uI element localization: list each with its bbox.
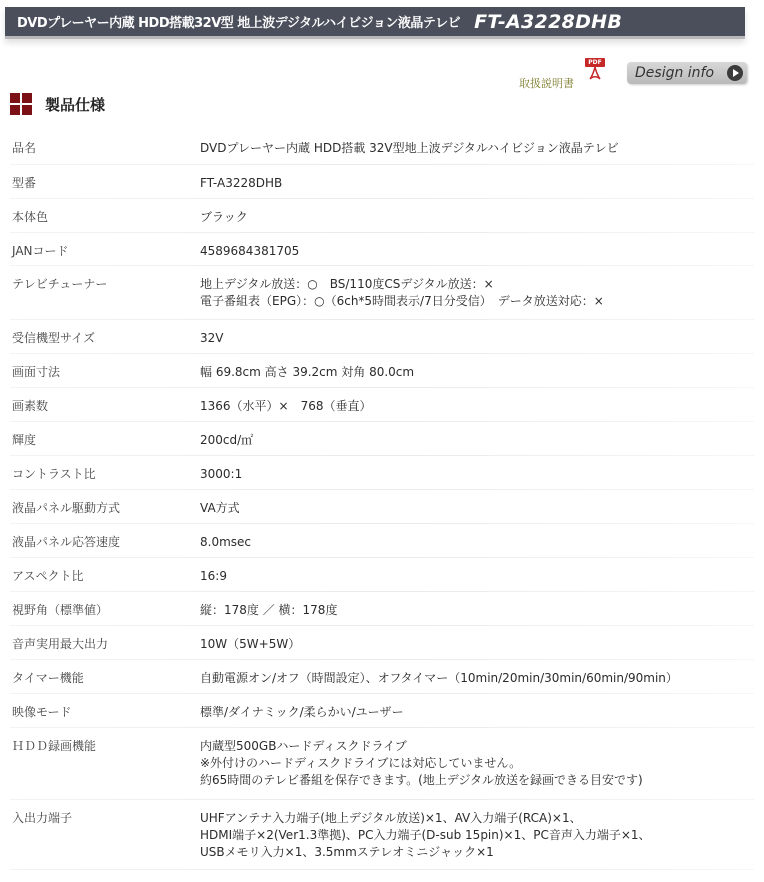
product-model: FT-A3228DHB bbox=[474, 11, 622, 33]
pdf-icon[interactable]: PDF bbox=[583, 58, 607, 84]
spec-value: 地上デジタル放送：○ BS/110度CSデジタル放送：×電子番組表（EPG）：○… bbox=[200, 276, 764, 320]
acrobat-icon bbox=[589, 67, 601, 81]
spec-label: 入出力端子 bbox=[0, 810, 200, 870]
spec-value-line: 縦：178度 ／ 横：178度 bbox=[200, 602, 764, 619]
manual-link[interactable]: 取扱説明書 bbox=[519, 75, 574, 91]
spec-row: テレビチューナー地上デジタル放送：○ BS/110度CSデジタル放送：×電子番組… bbox=[0, 266, 764, 320]
spec-value: UHFアンテナ入力端子(地上デジタル放送)×1、AV入力端子(RCA)×1、HD… bbox=[200, 810, 764, 870]
spec-value: 3000:1 bbox=[200, 466, 764, 490]
spec-value-line: VA方式 bbox=[200, 500, 764, 517]
spec-value: DVDプレーヤー内蔵 HDD搭載 32V型地上波デジタルハイビジョン液晶テレビ bbox=[200, 140, 764, 165]
spec-value: 8.0msec bbox=[200, 534, 764, 558]
spec-row: 型番FT-A3228DHB bbox=[0, 165, 764, 199]
spec-value-line: 32V bbox=[200, 330, 764, 347]
spec-label: 画面寸法 bbox=[0, 364, 200, 388]
spec-value-line: ※外付けのハードディスクドライブには対応していません。 bbox=[200, 755, 764, 772]
spec-row: 視野角（標準値）縦：178度 ／ 横：178度 bbox=[0, 592, 764, 626]
section-title: 製品仕様 bbox=[45, 94, 105, 115]
title-bar: DVDプレーヤー内蔵 HDD搭載32V型 地上波デジタルハイビジョン液晶テレビ … bbox=[5, 7, 745, 39]
spec-label: 液晶パネル駆動方式 bbox=[0, 500, 200, 524]
spec-row: 画面寸法幅 69.8cm 高さ 39.2cm 対角 80.0cm bbox=[0, 354, 764, 388]
spec-value: 内蔵型500GBハードディスクドライブ※外付けのハードディスクドライブには対応し… bbox=[200, 738, 764, 800]
spec-label: 受信機型サイズ bbox=[0, 330, 200, 354]
spec-value-line: 3000:1 bbox=[200, 466, 764, 483]
spec-label: 品名 bbox=[0, 140, 200, 165]
section-header: 製品仕様 bbox=[10, 93, 105, 115]
spec-value: 標準/ダイナミック/柔らかい/ユーザー bbox=[200, 704, 764, 728]
spec-row: 音声実用最大出力10W（5W+5W） bbox=[0, 626, 764, 660]
spec-value-line: 10W（5W+5W） bbox=[200, 636, 764, 653]
spec-label: 輝度 bbox=[0, 432, 200, 456]
spec-value-line: DVDプレーヤー内蔵 HDD搭載 32V型地上波デジタルハイビジョン液晶テレビ bbox=[200, 140, 764, 157]
spec-row: ＨＤＤ録画機能内蔵型500GBハードディスクドライブ※外付けのハードディスクドラ… bbox=[0, 728, 764, 800]
spec-value: 縦：178度 ／ 横：178度 bbox=[200, 602, 764, 626]
spec-label: JANコード bbox=[0, 243, 200, 266]
spec-row: タイマー機能自動電源オン/オフ（時間設定）、オフタイマー（10min/20min… bbox=[0, 660, 764, 694]
spec-value-line: 標準/ダイナミック/柔らかい/ユーザー bbox=[200, 704, 764, 721]
spec-value: 自動電源オン/オフ（時間設定）、オフタイマー（10min/20min/30min… bbox=[200, 670, 764, 694]
spec-label: 型番 bbox=[0, 175, 200, 199]
spec-value-line: 1366（水平）× 768（垂直） bbox=[200, 398, 764, 415]
spec-row: 受信機型サイズ32V bbox=[0, 320, 764, 354]
spec-value: 幅 69.8cm 高さ 39.2cm 対角 80.0cm bbox=[200, 364, 764, 388]
spec-value: FT-A3228DHB bbox=[200, 175, 764, 199]
spec-value-line: 幅 69.8cm 高さ 39.2cm 対角 80.0cm bbox=[200, 364, 764, 381]
spec-value-line: 8.0msec bbox=[200, 534, 764, 551]
spec-value-line: 内蔵型500GBハードディスクドライブ bbox=[200, 738, 764, 755]
spec-row: 輝度200cd/㎡ bbox=[0, 422, 764, 456]
spec-row: 本体色ブラック bbox=[0, 199, 764, 233]
spec-label: ＨＤＤ録画機能 bbox=[0, 738, 200, 800]
spec-label: 液晶パネル応答速度 bbox=[0, 534, 200, 558]
product-title: DVDプレーヤー内蔵 HDD搭載32V型 地上波デジタルハイビジョン液晶テレビ bbox=[17, 12, 460, 31]
spec-row: 品名DVDプレーヤー内蔵 HDD搭載 32V型地上波デジタルハイビジョン液晶テレ… bbox=[0, 130, 764, 165]
spec-label: テレビチューナー bbox=[0, 276, 200, 320]
spec-value: 200cd/㎡ bbox=[200, 432, 764, 456]
spec-table: 品名DVDプレーヤー内蔵 HDD搭載 32V型地上波デジタルハイビジョン液晶テレ… bbox=[0, 130, 764, 870]
spec-label: 視野角（標準値） bbox=[0, 602, 200, 626]
spec-value-line: HDMI端子×2(Ver1.3準拠)、PC入力端子(D-sub 15pin)×1… bbox=[200, 827, 764, 844]
spec-value-line: FT-A3228DHB bbox=[200, 175, 764, 192]
spec-value-line: 16:9 bbox=[200, 568, 764, 585]
play-icon bbox=[727, 65, 743, 81]
spec-label: コントラスト比 bbox=[0, 466, 200, 490]
spec-value: 32V bbox=[200, 330, 764, 354]
spec-value-line: 4589684381705 bbox=[200, 243, 764, 260]
spec-row: 液晶パネル駆動方式VA方式 bbox=[0, 490, 764, 524]
design-info-label: Design info bbox=[635, 65, 714, 81]
grid-icon bbox=[10, 93, 32, 115]
spec-label: 画素数 bbox=[0, 398, 200, 422]
spec-value: 16:9 bbox=[200, 568, 764, 592]
spec-value: 10W（5W+5W） bbox=[200, 636, 764, 660]
spec-value-line: 約65時間のテレビ番組を保存できます。(地上デジタル放送を録画できる目安です) bbox=[200, 772, 764, 789]
spec-row: コントラスト比3000:1 bbox=[0, 456, 764, 490]
spec-value: VA方式 bbox=[200, 500, 764, 524]
spec-label: 映像モード bbox=[0, 704, 200, 728]
spec-label: 本体色 bbox=[0, 209, 200, 233]
design-info-button[interactable]: Design info bbox=[627, 62, 747, 84]
spec-value: 1366（水平）× 768（垂直） bbox=[200, 398, 764, 422]
spec-label: タイマー機能 bbox=[0, 670, 200, 694]
pdf-tag: PDF bbox=[585, 58, 605, 67]
spec-value-line: ブラック bbox=[200, 209, 764, 226]
spec-label: 音声実用最大出力 bbox=[0, 636, 200, 660]
spec-row: 入出力端子UHFアンテナ入力端子(地上デジタル放送)×1、AV入力端子(RCA)… bbox=[0, 800, 764, 870]
spec-row: JANコード4589684381705 bbox=[0, 233, 764, 266]
spec-row: 画素数1366（水平）× 768（垂直） bbox=[0, 388, 764, 422]
spec-value-line: 地上デジタル放送：○ BS/110度CSデジタル放送：× bbox=[200, 276, 764, 293]
spec-value: ブラック bbox=[200, 209, 764, 233]
spec-value-line: UHFアンテナ入力端子(地上デジタル放送)×1、AV入力端子(RCA)×1、 bbox=[200, 810, 764, 827]
spec-row: 液晶パネル応答速度8.0msec bbox=[0, 524, 764, 558]
spec-value: 4589684381705 bbox=[200, 243, 764, 266]
spec-row: アスペクト比16:9 bbox=[0, 558, 764, 592]
spec-value-line: 200cd/㎡ bbox=[200, 432, 764, 449]
spec-value-line: 電子番組表（EPG）：○（6ch*5時間表示/7日分受信） データ放送対応：× bbox=[200, 293, 764, 310]
spec-value-line: 自動電源オン/オフ（時間設定）、オフタイマー（10min/20min/30min… bbox=[200, 670, 764, 687]
spec-label: アスペクト比 bbox=[0, 568, 200, 592]
spec-row: 映像モード標準/ダイナミック/柔らかい/ユーザー bbox=[0, 694, 764, 728]
spec-value-line: USBメモリ入力×1、3.5mmステレオミニジャック×1 bbox=[200, 844, 764, 861]
